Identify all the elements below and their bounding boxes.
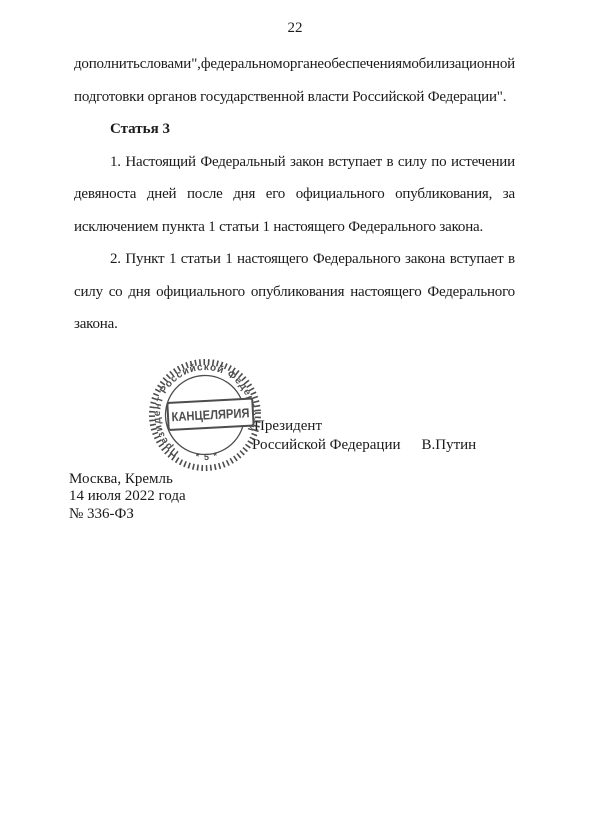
signature-title-line1: Президент — [254, 417, 322, 436]
page-number: 22 — [0, 18, 590, 38]
text-line: силусодняофициальногоопубликованиянастоя… — [74, 276, 515, 309]
issue-info-block: Москва, Кремль 14 июля 2022 года № 336-Ф… — [69, 471, 186, 523]
signature-title-line2: Российской ФедерацииВ.Путин — [252, 436, 476, 455]
stamp-ring-text: Президент Российской Федерации — [149, 359, 260, 459]
text-line: исключением пункта 1 статьи 1 настоящего… — [74, 211, 515, 244]
stamp-center-text: КАНЦЕЛЯРИЯ — [171, 405, 250, 424]
text-line: девяностаднейпоследняегоофициальногоопуб… — [74, 178, 515, 211]
issue-place: Москва, Кремль — [69, 471, 186, 488]
text-line: подготовки органов государственной власт… — [74, 81, 515, 114]
text-line: Статья 3 — [74, 113, 515, 146]
chancellery-stamp-icon: Президент Российской Федерации * 5 * КАН… — [140, 350, 270, 480]
signatory-name: В.Путин — [422, 436, 477, 455]
text-line: дополнитьсловами",федеральноморганеобесп… — [74, 48, 515, 81]
text-line: закона. — [74, 308, 515, 341]
signature-title-line2-text: Российской Федерации — [252, 437, 401, 453]
stamp-inner-circle-icon — [163, 373, 246, 456]
stamp-bottom-text: * 5 * — [194, 450, 220, 463]
body-text: дополнитьсловами",федеральноморганеобесп… — [74, 48, 515, 341]
text-line: 2.Пункт1статьи1настоящегоФедеральногозак… — [74, 243, 515, 276]
stamp-serrated-ring-icon — [149, 359, 260, 470]
issue-date: 14 июля 2022 года — [69, 488, 186, 505]
stamp-center-box — [167, 399, 253, 430]
law-number: № 336-ФЗ — [69, 506, 186, 523]
document-page: 22 дополнитьсловами",федеральноморганеоб… — [0, 0, 590, 834]
text-line: 1.НастоящийФедеральныйзаконвступаетвсилу… — [74, 146, 515, 179]
